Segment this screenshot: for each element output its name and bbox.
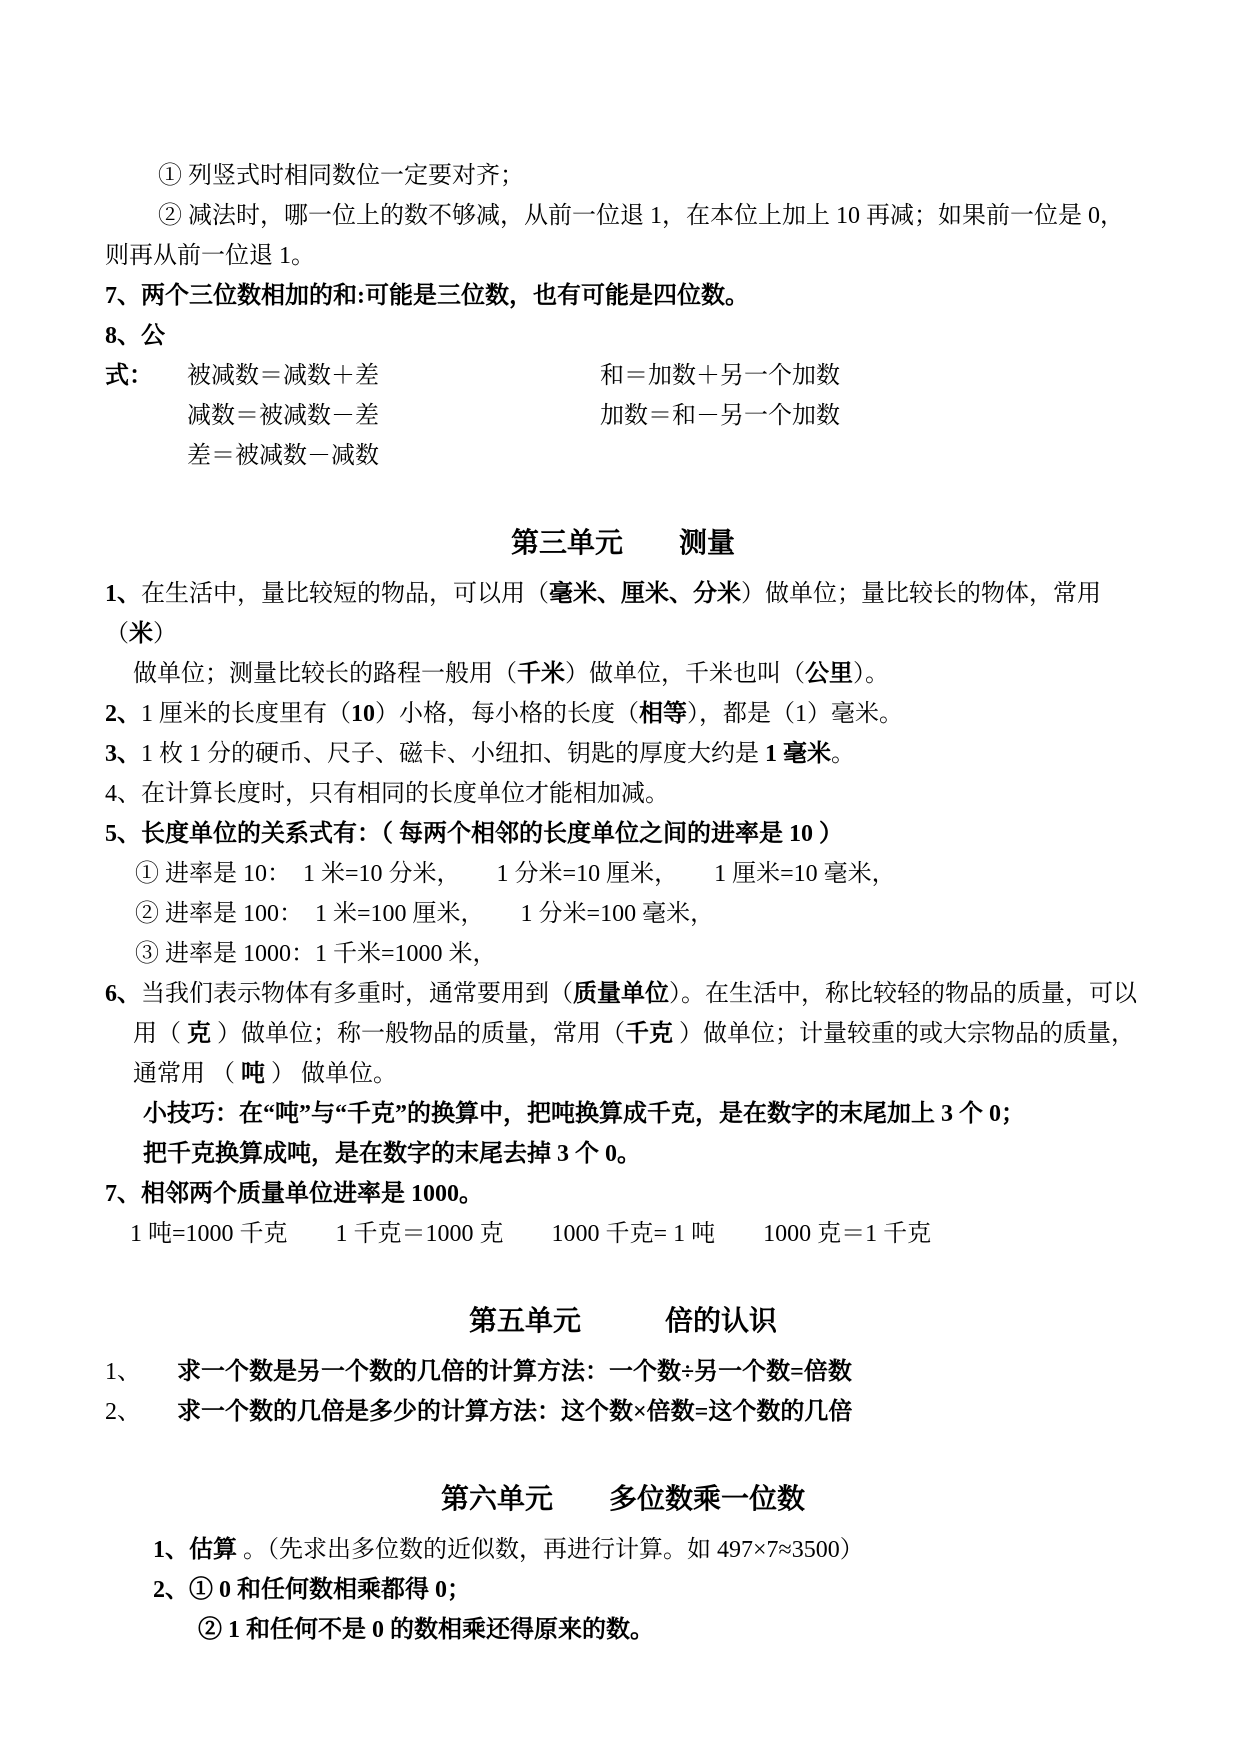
section-heading: 第六单元 多位数乘一位数	[105, 1478, 1141, 1522]
bold-text-run: 5、长度单位的关系式有：（ 每两个相邻的长度单位之间的进率是 10 ）	[105, 821, 843, 847]
bold-text-run: 1、	[105, 581, 141, 607]
text-run: 差＝被减数－减数	[187, 443, 379, 469]
bold-text-run: 10	[351, 701, 375, 727]
text-line: 2、1 厘米的长度里有（10）小格，每小格的长度（相等），都是（1）毫米。	[105, 694, 1141, 734]
text-line: 小技巧：在“吨”与“千克”的换算中，把吨换算成千克，是在数字的末尾加上 3 个 …	[105, 1094, 1141, 1134]
bold-text-run: 8、公式：	[105, 316, 187, 396]
text-run: ）做单位，千米也叫（	[565, 661, 805, 687]
bold-text-run: 第五单元 倍的认识	[469, 1306, 777, 1337]
text-line: 8、公式：被减数＝减数＋差和＝加数＋另一个加数	[105, 316, 1141, 396]
text-run: 4、在计算长度时，只有相同的长度单位才能相加减。	[105, 781, 669, 807]
bold-text-run: 2、	[105, 701, 141, 727]
text-run: ① 列竖式时相同数位一定要对齐；	[158, 163, 524, 189]
text-line: 1、 求一个数是另一个数的几倍的计算方法：一个数÷另一个数=倍数	[105, 1352, 1141, 1392]
text-run: ），都是（1）毫米。	[687, 701, 903, 727]
text-line: 用（ 克 ）做单位；称一般物品的质量，常用（千克 ）做单位；计量较重的或大宗物品…	[105, 1014, 1141, 1054]
text-run: 通常用 （	[133, 1061, 241, 1087]
bold-text-run: 1、估算	[153, 1537, 237, 1563]
text-run: ① 进率是 10： 1 米=10 分米， 1 分米=10 厘米， 1 厘米=10…	[135, 861, 896, 887]
text-run: 。（先求出多位数的近似数，再进行计算。如 497×7≈3500）	[237, 1537, 864, 1563]
bold-text-run: 质量单位	[573, 981, 669, 1007]
text-run: ）做单位；计量较重的或大宗物品的质量，	[673, 1021, 1135, 1047]
bold-text-run: ② 1 和任何不是 0 的数相乘还得原来的数。	[198, 1617, 654, 1643]
text-line: 1、在生活中，量比较短的物品，可以用（毫米、厘米、分米）做单位；量比较长的物体，…	[105, 574, 1141, 654]
text-line: ③ 进率是 1000：1 千米=1000 米，	[105, 934, 1141, 974]
text-line: ② 进率是 100： 1 米=100 厘米， 1 分米=100 毫米，	[105, 894, 1141, 934]
text-line: 通常用 （ 吨 ） 做单位。	[105, 1054, 1141, 1094]
text-line: ① 列竖式时相同数位一定要对齐；	[105, 156, 1141, 196]
text-run: 加数＝和－另一个加数	[600, 403, 840, 429]
text-run: 1 厘米的长度里有（	[141, 701, 351, 727]
bold-text-run: 克	[187, 1021, 211, 1047]
text-line: 减数＝被减数－差加数＝和－另一个加数	[105, 396, 1141, 436]
text-line: 1 吨=1000 千克 1 千克＝1000 克 1000 千克= 1 吨 100…	[105, 1214, 1141, 1254]
text-run: ）小格，每小格的长度（	[375, 701, 639, 727]
text-line: 3、1 枚 1 分的硬币、尺子、磁卡、小纽扣、钥匙的厚度大约是 1 毫米。	[105, 734, 1141, 774]
bold-text-run: 吨	[241, 1061, 265, 1087]
text-run: 当我们表示物体有多重时，通常要用到（	[141, 981, 573, 1007]
bold-text-run: 千米	[517, 661, 565, 687]
text-run: ） 做单位。	[265, 1061, 397, 1087]
text-run: 则再从前一位退 1。	[105, 243, 315, 269]
text-line: 6、当我们表示物体有多重时，通常要用到（质量单位）。在生活中，称比较轻的物品的质…	[105, 974, 1141, 1014]
text-line: 把千克换算成吨，是在数字的末尾去掉 3 个 0。	[105, 1134, 1141, 1174]
bold-text-run: 3、	[105, 741, 141, 767]
text-line: ① 进率是 10： 1 米=10 分米， 1 分米=10 厘米， 1 厘米=10…	[105, 854, 1141, 894]
text-run: 在生活中，量比较短的物品，可以用（	[141, 581, 549, 607]
bold-text-run: 毫米、厘米、分米	[549, 581, 741, 607]
bold-text-run: 求一个数的几倍是多少的计算方法：这个数×倍数=这个数的几倍	[177, 1399, 852, 1425]
bold-text-run: 6、	[105, 981, 141, 1007]
text-run: ② 进率是 100： 1 米=100 厘米， 1 分米=100 毫米，	[135, 901, 714, 927]
text-run: 减数＝被减数－差	[187, 396, 600, 436]
document-page: ① 列竖式时相同数位一定要对齐；② 减法时，哪一位上的数不够减，从前一位退 1，…	[0, 0, 1241, 1754]
text-run: 和＝加数＋另一个加数	[600, 363, 840, 389]
bold-text-run: 求一个数是另一个数的几倍的计算方法：一个数÷另一个数=倍数	[177, 1359, 852, 1385]
text-run: 用（	[133, 1021, 187, 1047]
bold-text-run: 2、① 0 和任何数相乘都得 0；	[153, 1577, 471, 1603]
text-run: 。	[831, 741, 855, 767]
text-line: 7、相邻两个质量单位进率是 1000。	[105, 1174, 1141, 1214]
text-run: ）。	[853, 661, 889, 687]
text-run: ③ 进率是 1000：1 千米=1000 米，	[135, 941, 497, 967]
bold-text-run: 公里	[805, 661, 853, 687]
bold-text-run: 第六单元 多位数乘一位数	[441, 1484, 805, 1515]
text-line: 则再从前一位退 1。	[105, 236, 1141, 276]
text-run: ）	[153, 621, 177, 647]
document-content: ① 列竖式时相同数位一定要对齐；② 减法时，哪一位上的数不够减，从前一位退 1，…	[0, 0, 1241, 1650]
text-run: 做单位；测量比较长的路程一般用（	[133, 661, 517, 687]
text-run: ）做单位；称一般物品的质量，常用（	[211, 1021, 625, 1047]
text-run: 1 枚 1 分的硬币、尺子、磁卡、小纽扣、钥匙的厚度大约是	[141, 741, 765, 767]
text-run: ② 减法时，哪一位上的数不够减，从前一位退 1，在本位上加上 10 再减；如果前…	[158, 203, 1124, 229]
text-run: 被减数＝减数＋差	[187, 356, 600, 396]
text-line: 2、① 0 和任何数相乘都得 0；	[105, 1570, 1141, 1610]
bold-text-run: 小技巧：在“吨”与“千克”的换算中，把吨换算成千克，是在数字的末尾加上 3 个 …	[143, 1101, 1025, 1127]
bold-text-run: 7、相邻两个质量单位进率是 1000。	[105, 1181, 483, 1207]
bold-text-run: 相等	[639, 701, 687, 727]
bold-text-run: 第三单元 测量	[511, 528, 735, 559]
text-run: 1 吨=1000 千克 1 千克＝1000 克 1000 千克= 1 吨 100…	[130, 1221, 931, 1247]
text-line: ② 减法时，哪一位上的数不够减，从前一位退 1，在本位上加上 10 再减；如果前…	[105, 196, 1141, 236]
bold-text-run: 米	[129, 621, 153, 647]
bold-text-run: 把千克换算成吨，是在数字的末尾去掉 3 个 0。	[143, 1141, 641, 1167]
text-line: 1、估算 。（先求出多位数的近似数，再进行计算。如 497×7≈3500）	[105, 1530, 1141, 1570]
text-run: 2、	[105, 1399, 177, 1425]
bold-text-run: 7、两个三位数相加的和:可能是三位数，也有可能是四位数。	[105, 283, 749, 309]
section-heading: 第三单元 测量	[105, 522, 1141, 566]
text-line: 7、两个三位数相加的和:可能是三位数，也有可能是四位数。	[105, 276, 1141, 316]
text-run: ）。在生活中，称比较轻的物品的质量，可以	[669, 981, 1137, 1007]
bold-text-run: 千克	[625, 1021, 673, 1047]
text-run: 1、	[105, 1359, 177, 1385]
text-line: ② 1 和任何不是 0 的数相乘还得原来的数。	[105, 1610, 1141, 1650]
text-line: 5、长度单位的关系式有：（ 每两个相邻的长度单位之间的进率是 10 ）	[105, 814, 1141, 854]
bold-text-run: 1 毫米	[765, 741, 831, 767]
text-line: 做单位；测量比较长的路程一般用（千米）做单位，千米也叫（公里）。	[105, 654, 1141, 694]
text-line: 4、在计算长度时，只有相同的长度单位才能相加减。	[105, 774, 1141, 814]
text-line: 2、 求一个数的几倍是多少的计算方法：这个数×倍数=这个数的几倍	[105, 1392, 1141, 1432]
text-line: 差＝被减数－减数	[105, 436, 1141, 476]
section-heading: 第五单元 倍的认识	[105, 1300, 1141, 1344]
